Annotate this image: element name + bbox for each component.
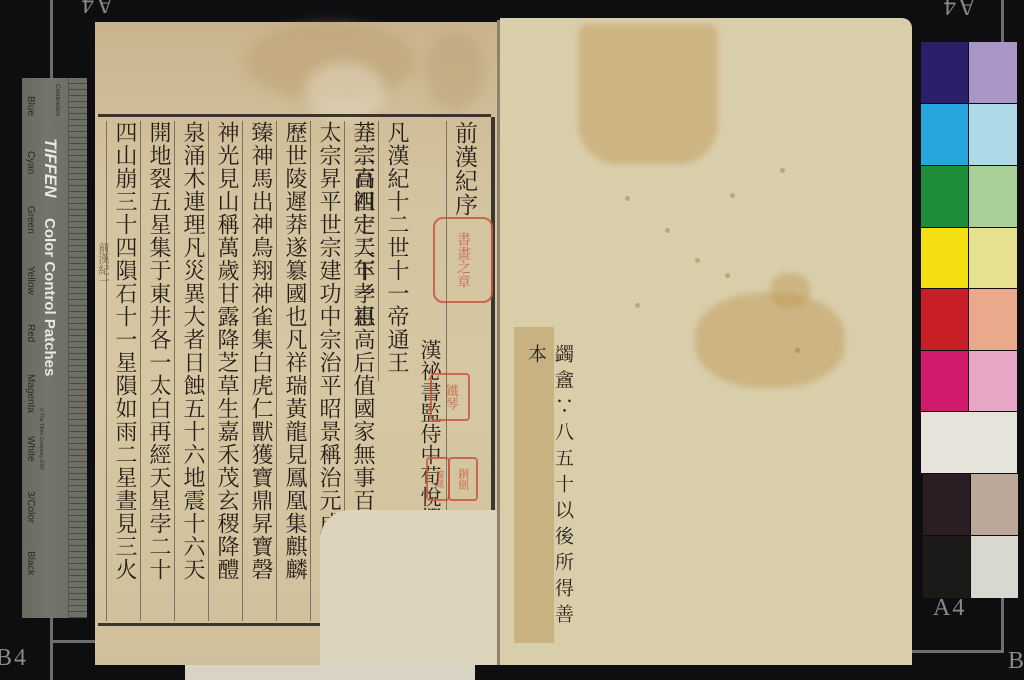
tiffen-color-control-ruler: Centimeters TIFFEN Color Control Patches… xyxy=(22,78,87,618)
text-column-6: 神光見山稱萬歲甘露降芝草生嘉禾茂玄稷降醴 xyxy=(208,121,243,621)
seal-author-1: 鐵琴 xyxy=(430,373,470,421)
guide-line-bottom-left xyxy=(50,640,95,643)
patch-red xyxy=(921,289,968,350)
patch-magenta xyxy=(921,351,968,411)
label-white: White xyxy=(25,436,36,491)
label-yellow: Yellow xyxy=(25,266,36,324)
patch-magenta-light xyxy=(969,351,1017,411)
text-column-9: 四山崩三十四隕石十一星隕如雨二星晝見三火 xyxy=(106,121,141,621)
guide-line-right-top xyxy=(1001,0,1004,42)
seal-large-title: 書畫之章 xyxy=(433,217,493,303)
patch-3color xyxy=(923,474,970,535)
label-3color: 3/Color xyxy=(25,491,36,551)
patch-yellow-light xyxy=(969,228,1017,288)
foxing-spot xyxy=(795,348,800,353)
seal-author-2: 銅劍 xyxy=(448,457,478,501)
water-stain xyxy=(305,62,385,122)
text-column-5: 臻神馬出神鳥翔神雀集白虎仁獸獲寶鼎昇寶磬 xyxy=(242,121,277,621)
patch-cyan xyxy=(921,104,968,165)
label-cyan: Cyan xyxy=(25,151,36,206)
label-blue: Blue xyxy=(25,96,36,151)
foxing-spot xyxy=(625,196,630,201)
ruler-title: Color Control Patches xyxy=(41,218,58,376)
foxing-spot xyxy=(635,303,640,308)
patch-red-light xyxy=(969,289,1017,350)
label-green: Green xyxy=(25,206,36,266)
mark-bottom-right-b: B xyxy=(1008,648,1024,675)
margin-note: 前漢紀一 xyxy=(95,242,111,286)
foxing-spot xyxy=(725,273,730,278)
ruler-copyright: © The Tiffen Company 2007 xyxy=(38,408,44,470)
patch-3color-light xyxy=(971,474,1018,535)
ruler-scale xyxy=(68,78,87,618)
text-column-8: 開地裂五星集于東井各一太白再經天星孛二十 xyxy=(140,121,175,621)
patch-yellow xyxy=(921,228,968,288)
water-stain xyxy=(770,273,810,308)
ruler-unit-label: Centimeters xyxy=(54,84,60,116)
mark-top-right: A4 xyxy=(942,0,975,19)
water-stain xyxy=(695,293,845,388)
patch-cyan-light xyxy=(969,104,1017,165)
patch-green-light xyxy=(969,166,1017,227)
guide-line-right-vertical xyxy=(1001,596,1004,653)
mark-bottom-right-a4: A4 xyxy=(933,595,966,622)
mark-top-left: A4 xyxy=(80,0,113,17)
paper-repair-patch xyxy=(320,510,498,665)
patch-black-light xyxy=(971,536,1018,598)
guide-line-bottom-right xyxy=(912,650,1004,653)
text-column-4: 歷世陵遲莽遂簒國也凡祥瑞黃龍見鳳凰集麒麟 xyxy=(276,121,311,621)
patch-blue xyxy=(921,42,968,103)
patch-black xyxy=(923,536,970,598)
patch-blue-light xyxy=(969,42,1017,103)
foxing-spot xyxy=(665,228,670,233)
water-stain xyxy=(578,24,718,164)
patch-white xyxy=(921,412,1017,473)
text-column-1: 凡漢紀十二世十一帝通王莽二百四十二年一祖 xyxy=(378,121,413,381)
slip-label-text: 蠲盦∵八五十以後所得善本 xyxy=(523,344,577,643)
label-magenta: Magenta xyxy=(25,374,36,436)
collector-slip-label: 蠲盦∵八五十以後所得善本 xyxy=(514,327,554,643)
text-column-7: 泉涌木連理凡災異大者日蝕五十六地震十六天 xyxy=(174,121,209,621)
seal-author-3: 樓藏 xyxy=(426,457,450,501)
left-page: 前漢紀序 漢祕書監侍中荀悅撰 凡漢紀十二世十一帝通王莽二百四十二年一祖 三宗高祖… xyxy=(95,22,498,665)
ruler-color-labels: BlueCyanGreenYellowRedMagentaWhite3/Colo… xyxy=(25,96,36,575)
mark-bottom-left: B4 xyxy=(0,645,28,672)
foxing-spot xyxy=(730,193,735,198)
water-stain xyxy=(425,32,485,112)
label-red: Red xyxy=(25,324,36,374)
patch-green xyxy=(921,166,968,227)
foxing-spot xyxy=(780,168,785,173)
label-black: Black xyxy=(25,551,36,575)
foxing-spot xyxy=(695,258,700,263)
color-calibration-chart xyxy=(919,42,1019,598)
ruler-brand: TIFFEN xyxy=(40,138,60,198)
